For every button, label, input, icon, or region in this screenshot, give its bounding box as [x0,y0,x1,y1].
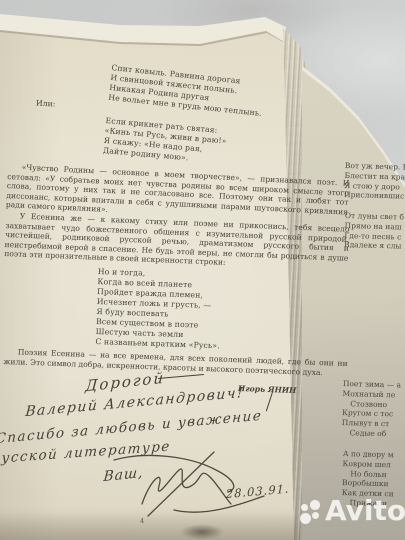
right-stanza-evening: Вот уж вечер. Р Блестит на кра Я стою у … [344,161,405,202]
right-stanza-winter: Поет зима — а Мохнатый ле Стозвоно Круго… [341,379,401,439]
avito-logo-dot [301,504,308,511]
avito-logo-dot [310,500,320,510]
poem-line: Вдалеке я слы [344,240,403,251]
avito-watermark: Avito [293,494,405,540]
right-stanza-moon: От луны свет б Прямо на наш Где-то песнь… [344,211,404,252]
poem-line: Прислонившис [344,190,405,201]
page-bottom-shadow [0,512,300,540]
or-label: Или: [36,99,56,109]
poem-line: Седые об [349,428,399,439]
avito-logo-dot [312,512,319,519]
shadow-smudge [180,524,224,540]
signature-flourish [112,446,282,521]
poem-stanza-planet: Но и тогда, Когда во всей планете Пройде… [95,267,222,351]
book-photo: Спит ковыль. Равнина дорогая И свинцовой… [0,0,405,540]
avito-wordmark: Avito [325,494,405,527]
avito-logo-dot [300,513,311,524]
